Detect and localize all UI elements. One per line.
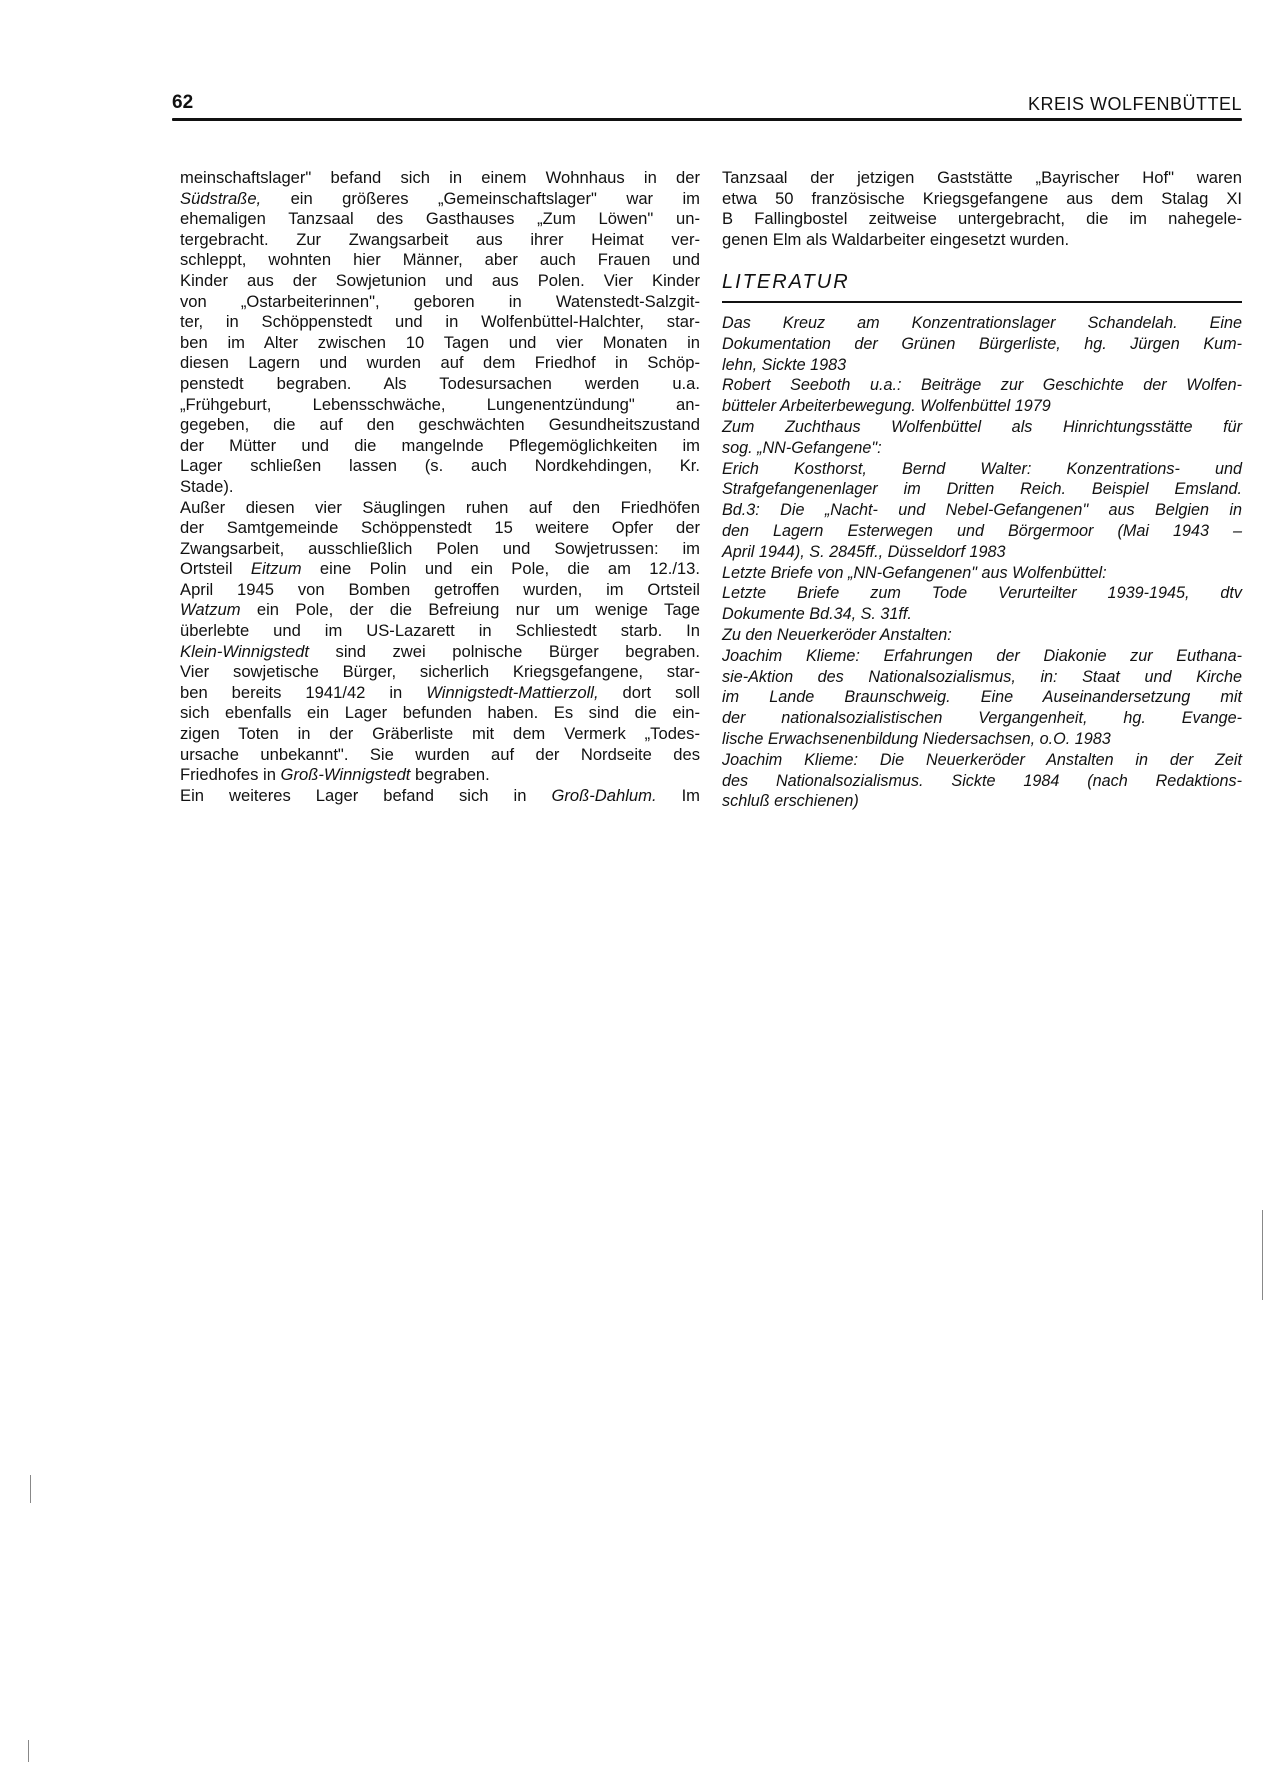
text-line: diesen Lagern und wurden auf dem Friedho…: [180, 353, 700, 374]
text-line: schleppt, wohnten hier Männer, aber auch…: [180, 250, 700, 271]
scan-artifact-mark: [30, 1475, 31, 1503]
left-column-body-text: meinschaftslager" befand sich in einem W…: [180, 168, 700, 806]
text-line: „Frühgeburt, Lebensschwäche, Lungenentzü…: [180, 395, 700, 416]
text-line: meinschaftslager" befand sich in einem W…: [180, 168, 700, 189]
text-line: genen Elm als Waldarbeiter eingesetzt wu…: [722, 230, 1242, 251]
text-line: der nationalsozialistischen Vergangenhei…: [722, 708, 1242, 729]
text-line: Erich Kosthorst, Bernd Walter: Konzentra…: [722, 459, 1242, 480]
text-line: von „Ostarbeiterinnen", geboren in Waten…: [180, 292, 700, 313]
text-line: sog. „NN-Gefangene":: [722, 438, 1242, 459]
text-line: etwa 50 französische Kriegsgefangene aus…: [722, 189, 1242, 210]
text-line: sie-Aktion des Nationalsozialismus, in: …: [722, 667, 1242, 688]
place-name: Südstraße,: [180, 189, 261, 208]
text-line: der Samtgemeinde Schöppenstedt 15 weiter…: [180, 518, 700, 539]
right-column: Tanzsaal der jetzigen Gaststätte „Bayris…: [722, 168, 1242, 812]
text-line: tergebracht. Zur Zwangsarbeit aus ihrer …: [180, 230, 700, 251]
text-line: lische Erwachsenenbildung Niedersachsen,…: [722, 729, 1242, 750]
text-line: Strafgefangenenlager im Dritten Reich. B…: [722, 479, 1242, 500]
text-line: April 1945 von Bomben getroffen wurden, …: [180, 580, 700, 601]
text-line: Letzte Briefe von „NN-Gefangenen" aus Wo…: [722, 563, 1242, 584]
scan-artifact-mark: [28, 1740, 29, 1762]
text-line: zigen Toten in der Gräberliste mit dem V…: [180, 724, 700, 745]
text-line: Außer diesen vier Säuglingen ruhen auf d…: [180, 498, 700, 519]
text-line: ter, in Schöppenstedt und in Wolfenbütte…: [180, 312, 700, 333]
text-line: gegeben, die auf den geschwächten Gesund…: [180, 415, 700, 436]
text-line: Ortsteil Eitzum eine Polin und ein Pole,…: [180, 559, 700, 580]
text-line: Das Kreuz am Konzentrationslager Schande…: [722, 313, 1242, 334]
text-line: Zwangsarbeit, ausschließlich Polen und S…: [180, 539, 700, 560]
text-line: Kinder aus der Sowjetunion und aus Polen…: [180, 271, 700, 292]
text-line: der Mütter und die mangelnde Pflegemögli…: [180, 436, 700, 457]
place-name: Winnigstedt-Mattierzoll,: [426, 683, 598, 702]
text-line: Stade).: [180, 477, 700, 498]
text-line: ben bereits 1941/42 in Winnigstedt-Matti…: [180, 683, 700, 704]
text-line: überlebte und im US-Lazarett in Schliest…: [180, 621, 700, 642]
text-line: ursache unbekannt". Sie wurden auf der N…: [180, 745, 700, 766]
literature-heading: LITERATUR: [722, 272, 1242, 293]
scan-artifact-mark: [1262, 1210, 1263, 1300]
header-rule: [172, 118, 1242, 121]
place-name: Groß-Dahlum.: [551, 786, 656, 805]
text-line: Südstraße, ein größeres „Gemeinschaftsla…: [180, 189, 700, 210]
text-line: Bd.3: Die „Nacht- und Nebel-Gefangenen" …: [722, 500, 1242, 521]
text-line: Klein-Winnigstedt sind zwei polnische Bü…: [180, 642, 700, 663]
text-line: Watzum ein Pole, der die Befreiung nur u…: [180, 600, 700, 621]
text-line: penstedt begraben. Als Todesursachen wer…: [180, 374, 700, 395]
place-name: Klein-Winnigstedt: [180, 642, 309, 661]
text-line: ben im Alter zwischen 10 Tagen und vier …: [180, 333, 700, 354]
text-line: ehemaligen Tanzsaal des Gasthauses „Zum …: [180, 209, 700, 230]
text-line: des Nationalsozialismus. Sickte 1984 (na…: [722, 771, 1242, 792]
page-header: 62 KREIS WOLFENBÜTTEL: [172, 92, 1242, 122]
text-line: Dokumente Bd.34, S. 31ff.: [722, 604, 1242, 625]
text-line: bütteler Arbeiterbewegung. Wolfenbüttel …: [722, 396, 1242, 417]
running-title: KREIS WOLFENBÜTTEL: [1028, 94, 1242, 115]
text-line: sich ebenfalls ein Lager befunden haben.…: [180, 703, 700, 724]
text-line: den Lagern Esterwegen und Börgermoor (Ma…: [722, 521, 1242, 542]
place-name: Eitzum: [251, 559, 302, 578]
right-column-body-text: Tanzsaal der jetzigen Gaststätte „Bayris…: [722, 168, 1242, 250]
text-line: lehn, Sickte 1983: [722, 355, 1242, 376]
text-line: Vier sowjetische Bürger, sicherlich Krie…: [180, 662, 700, 683]
text-line: schluß erschienen): [722, 791, 1242, 812]
text-line: Ein weiteres Lager befand sich in Groß-D…: [180, 786, 700, 807]
text-line: Tanzsaal der jetzigen Gaststätte „Bayris…: [722, 168, 1242, 189]
text-line: Joachim Klieme: Erfahrungen der Diakonie…: [722, 646, 1242, 667]
text-line: Joachim Klieme: Die Neuerkeröder Anstalt…: [722, 750, 1242, 771]
text-line: Letzte Briefe zum Tode Verurteilter 1939…: [722, 583, 1242, 604]
text-line: Robert Seeboth u.a.: Beiträge zur Geschi…: [722, 375, 1242, 396]
text-line: Zu den Neuerkeröder Anstalten:: [722, 625, 1242, 646]
place-name: Groß-Winnigstedt: [281, 765, 411, 784]
text-line: Zum Zuchthaus Wolfenbüttel als Hinrichtu…: [722, 417, 1242, 438]
place-name: Watzum: [180, 600, 241, 619]
bibliography-list: Das Kreuz am Konzentrationslager Schande…: [722, 313, 1242, 812]
text-line: Dokumentation der Grünen Bürgerliste, hg…: [722, 334, 1242, 355]
page-number: 62: [172, 92, 193, 114]
text-line: im Lande Braunschweig. Eine Auseinanders…: [722, 687, 1242, 708]
text-line: B Fallingbostel zeitweise untergebracht,…: [722, 209, 1242, 230]
text-line: Lager schließen lassen (s. auch Nordkehd…: [180, 456, 700, 477]
text-line: Friedhofes in Groß-Winnigstedt begraben.: [180, 765, 700, 786]
literature-rule: [722, 301, 1242, 303]
text-line: April 1944), S. 2845ff., Düsseldorf 1983: [722, 542, 1242, 563]
